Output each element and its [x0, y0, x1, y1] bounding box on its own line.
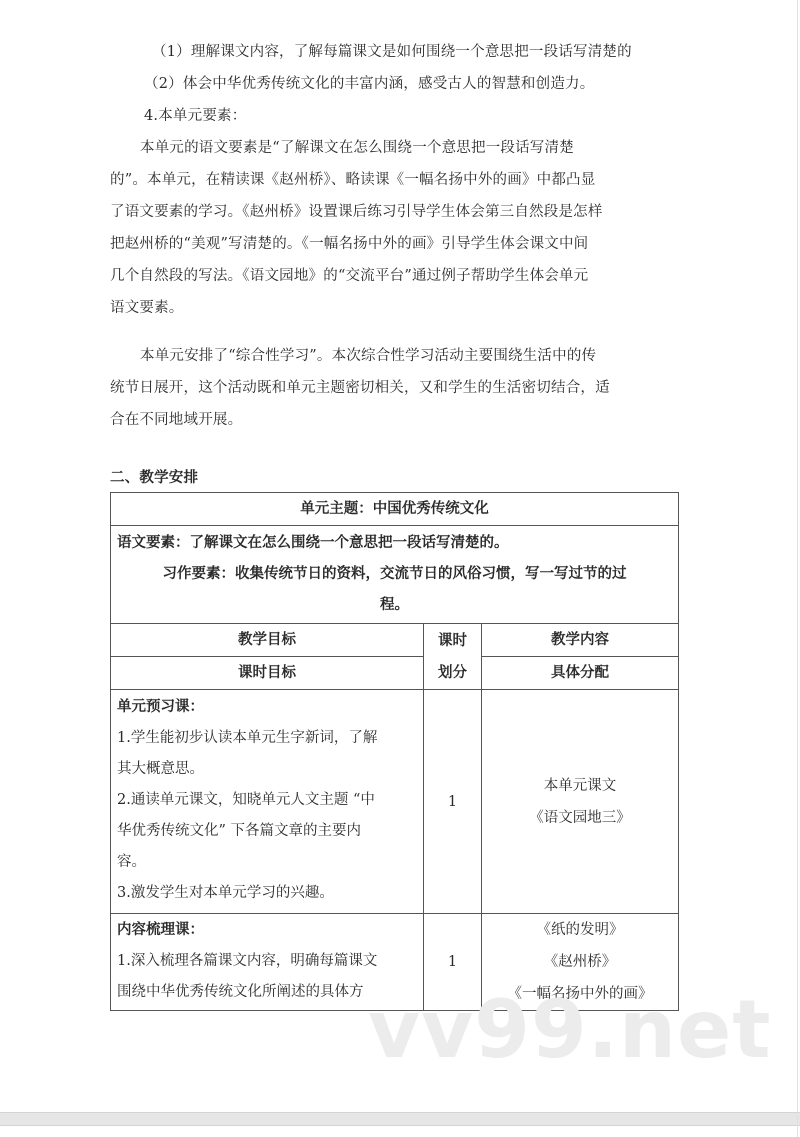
- content-item: 《纸的发明》: [488, 914, 672, 946]
- header-lesson-goal: 课时目标: [111, 657, 424, 690]
- unit-elements-heading: 4.本单元要素：: [144, 106, 246, 126]
- header-hours-line1: 课时: [430, 625, 475, 657]
- header-teaching-goal: 教学目标: [111, 624, 424, 657]
- teaching-plan-table: 单元主题：中国优秀传统文化 语文要素：了解课文在怎么围绕一个意思把一段话写清楚的…: [110, 492, 679, 1011]
- paragraph-line: 把赵州桥的“美观”写清楚的。《一幅名扬中外的画》引导学生体会课文中间: [110, 234, 588, 254]
- header-hours-line2: 划分: [430, 657, 475, 689]
- document-page: （1）理解课文内容，了解每篇课文是如何围绕一个意思把一段话写清楚的 （2）体会中…: [0, 0, 800, 1112]
- goal-line: 1.学生能初步认读本单元生字新词，了解: [117, 723, 417, 754]
- paragraph-line: 合在不同地域开展。: [110, 410, 242, 430]
- paragraph-line: 的”。本单元，在精读课《赵州桥》、略读课《一幅名扬中外的画》中都凸显: [110, 170, 595, 190]
- unit-theme-cell: 单元主题：中国优秀传统文化: [111, 493, 679, 526]
- section-heading: 二、教学安排: [110, 468, 198, 488]
- hours-cell: 1: [424, 690, 482, 914]
- goal-line: 3.激发学生对本单元学习的兴趣。: [117, 878, 417, 909]
- objective-2: （2）体会中华优秀传统文化的丰富内涵，感受古人的智慧和创造力。: [144, 74, 594, 94]
- objective-1: （1）理解课文内容，了解每篇课文是如何围绕一个意思把一段话写清楚的: [152, 42, 632, 62]
- table-row: 单元预习课： 1.学生能初步认读本单元生字新词，了解 其大概意思。 2.通读单元…: [111, 690, 679, 914]
- goal-line: 华优秀传统文化” 下各篇文章的主要内: [117, 816, 417, 847]
- page-edge-divider: [797, 0, 798, 1137]
- paragraph-line: 几个自然段的写法。《语文园地》的“交流平台”通过例子帮助学生体会单元: [110, 266, 588, 286]
- paragraph-line: 本单元的语文要素是“了解课文在怎么围绕一个意思把一段话写清楚: [140, 138, 574, 158]
- elements-cell: 语文要素：了解课文在怎么围绕一个意思把一段话写清楚的。 习作要素：收集传统节日的…: [111, 526, 679, 624]
- lesson-title: 单元预习课：: [117, 692, 417, 723]
- paragraph-line: 统节日展开，这个活动既和单元主题密切相关，又和学生的生活密切结合，适: [110, 378, 610, 398]
- paragraph-line: 语文要素。: [110, 298, 184, 318]
- paragraph-line: 本单元安排了“综合性学习”。本次综合性学习活动主要围绕生活中的传: [140, 346, 596, 366]
- goal-line: 容。: [117, 847, 417, 878]
- chinese-element: 语文要素：了解课文在怎么围绕一个意思把一段话写清楚的。: [117, 528, 672, 559]
- header-hours: 课时 划分: [424, 624, 482, 690]
- page-separator: [0, 1112, 800, 1126]
- goal-line: 1.深入梳理各篇课文内容，明确每篇课文: [117, 946, 417, 977]
- header-allocation: 具体分配: [482, 657, 679, 690]
- paragraph-line: 了语文要素的学习。《赵州桥》设置课后练习引导学生体会第三自然段是怎样: [110, 202, 603, 222]
- content-cell: 本单元课文 《语文园地三》: [482, 690, 679, 914]
- lesson-title: 内容梳理课：: [117, 915, 417, 946]
- writing-element-line1: 习作要素：收集传统节日的资料，交流节日的风俗习惯，写一写过节的过: [117, 559, 672, 590]
- goal-line: 其大概意思。: [117, 754, 417, 785]
- content-item: 《赵州桥》: [488, 946, 672, 978]
- writing-element-line2: 程。: [117, 590, 672, 621]
- lesson-goal-cell: 单元预习课： 1.学生能初步认读本单元生字新词，了解 其大概意思。 2.通读单元…: [111, 690, 424, 914]
- content-item: 本单元课文: [488, 770, 672, 802]
- goal-line: 2.通读单元课文，知晓单元人文主题 “中: [117, 785, 417, 816]
- watermark-text: vv99.net: [368, 990, 771, 1070]
- header-teaching-content: 教学内容: [482, 624, 679, 657]
- content-item: 《语文园地三》: [488, 802, 672, 834]
